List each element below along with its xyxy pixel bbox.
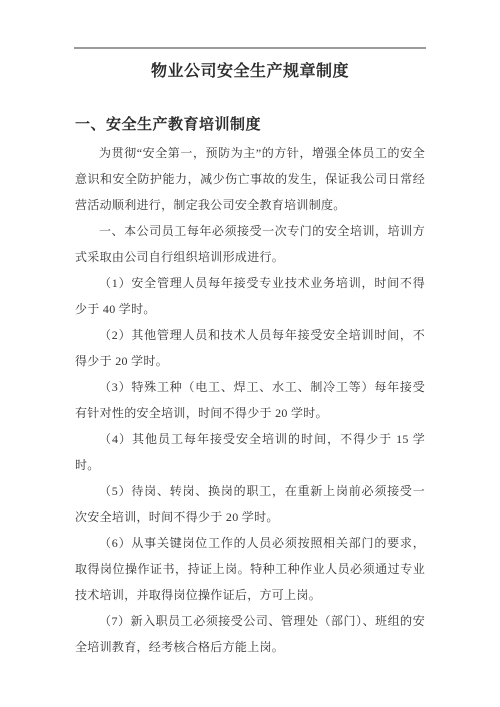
paragraph-item-2: （2）其他管理人员和技术人员每年接受安全培训时间，不得少于 20 学时。 bbox=[75, 322, 425, 374]
paragraph-item-1: （1）安全管理人员每年接受专业技术业务培训，时间不得少于 40 学时。 bbox=[75, 270, 425, 322]
paragraph-item-3: （3）特殊工种（电工、焊工、水工、制冷工等）每年接受有针对性的安全培训，时间不得… bbox=[75, 374, 425, 426]
paragraph-intro: 为贯彻“安全第一，预防为主”的方针，增强全体员工的安全意识和安全防护能力，减少伤… bbox=[75, 140, 425, 218]
paragraph-item-4: （4）其他员工每年接受安全培训的时间，不得少于 15 学时。 bbox=[75, 426, 425, 478]
document-body: 为贯彻“安全第一，预防为主”的方针，增强全体员工的安全意识和安全防护能力，减少伤… bbox=[75, 140, 425, 660]
paragraph-item-6: （6）从事关键岗位工作的人员必须按照相关部门的要求，取得岗位操作证书，持证上岗。… bbox=[75, 530, 425, 608]
document-page: 物业公司安全生产规章制度 一、安全生产教育培训制度 为贯彻“安全第一，预防为主”… bbox=[0, 0, 500, 707]
paragraph-rule-1: 一、本公司员工每年必须接受一次专门的安全培训，培训方式采取由公司自行组织培训形成… bbox=[75, 218, 425, 270]
paragraph-item-7: （7）新入职员工必须接受公司、管理处（部门）、班组的安全培训教育，经考核合格后方… bbox=[75, 608, 425, 660]
document-title: 物业公司安全生产规章制度 bbox=[0, 60, 500, 84]
section-heading: 一、安全生产教育培训制度 bbox=[75, 113, 425, 137]
header-rule bbox=[74, 47, 426, 49]
paragraph-item-5: （5）待岗、转岗、换岗的职工，在重新上岗前必须接受一次安全培训，时间不得少于 2… bbox=[75, 478, 425, 530]
